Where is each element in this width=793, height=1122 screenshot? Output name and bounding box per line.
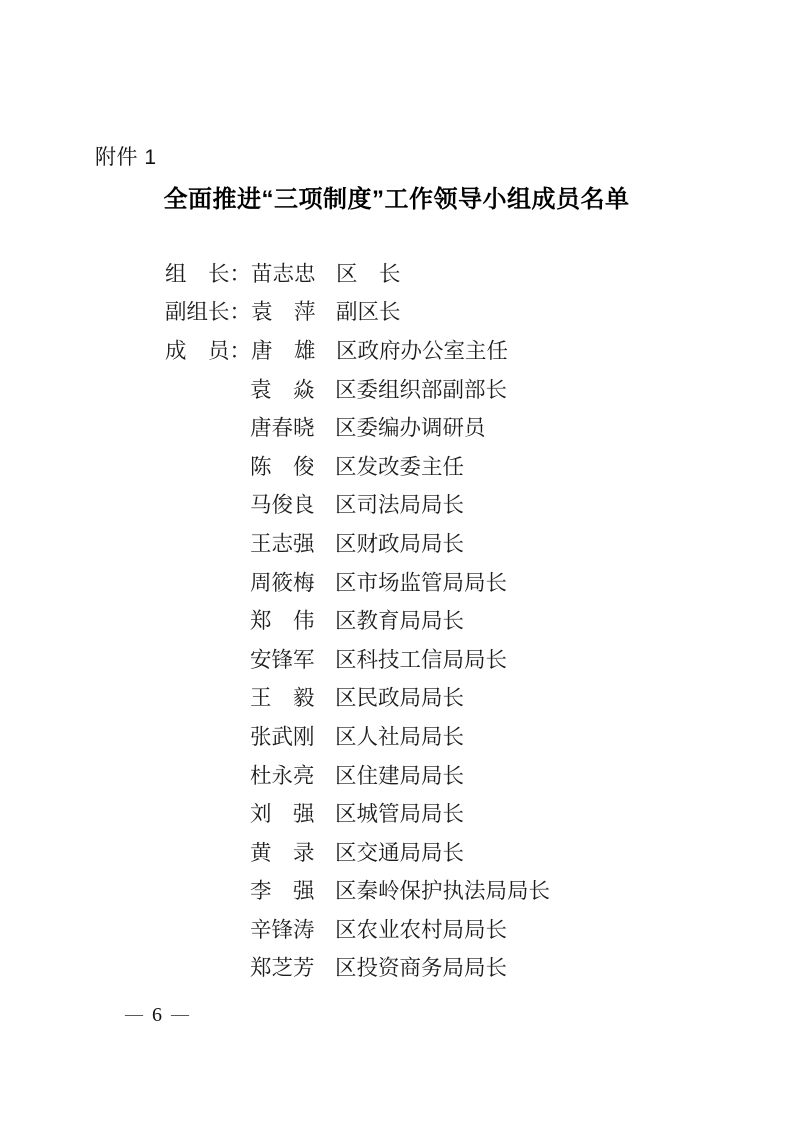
roster-member-title: 区城管局局长 (335, 797, 464, 828)
roster-row: 辛锋涛 区农业农村局局长 (165, 909, 725, 948)
roster-member-title: 区司法局局长 (335, 488, 464, 519)
roster-row: 成 员： 唐 雄 区政府办公室主任 (165, 330, 725, 369)
member-roster: 组 长： 苗志忠 区 长 副组长： 袁 萍 副区长 成 员： 唐 雄 区政府办公… (165, 253, 725, 986)
roster-member-title: 区市场监管局局长 (335, 566, 507, 597)
roster-member-title: 区委组织部副部长 (335, 373, 507, 404)
roster-role-label: 副组长： (165, 295, 251, 326)
roster-row: 马俊良 区司法局局长 (165, 485, 725, 524)
roster-member-title: 区发改委主任 (335, 450, 464, 481)
roster-member-name: 郑芝芳 (250, 951, 335, 982)
roster-member-title: 区民政局局长 (335, 681, 464, 712)
roster-row: 周筱梅 区市场监管局局长 (165, 562, 725, 601)
roster-member-title: 区农业农村局局长 (335, 913, 507, 944)
roster-member-name: 刘 强 (250, 797, 335, 828)
roster-member-title: 区科技工信局局长 (335, 643, 507, 674)
roster-member-title: 区委编办调研员 (335, 411, 486, 442)
roster-row: 唐春晓 区委编办调研员 (165, 407, 725, 446)
roster-member-name: 唐 雄 (251, 334, 336, 365)
roster-member-name: 王志强 (250, 527, 335, 558)
roster-row: 李 强 区秦岭保护执法局局长 (165, 871, 725, 910)
roster-row: 郑芝芳 区投资商务局局长 (165, 948, 725, 987)
roster-row: 王志强 区财政局局长 (165, 523, 725, 562)
page-number-dash-left: — (125, 1004, 143, 1025)
roster-member-name: 周筱梅 (250, 566, 335, 597)
roster-member-title: 区教育局局长 (335, 604, 464, 635)
roster-member-name: 陈 俊 (250, 450, 335, 481)
roster-member-title: 副区长 (336, 295, 401, 326)
page-number: 6 (152, 1004, 162, 1027)
roster-member-name: 黄 录 (250, 836, 335, 867)
roster-row: 刘 强 区城管局局长 (165, 793, 725, 832)
roster-member-name: 郑 伟 (250, 604, 335, 635)
roster-row: 黄 录 区交通局局长 (165, 832, 725, 871)
roster-row: 袁 焱 区委组织部副部长 (165, 369, 725, 408)
roster-row: 杜永亮 区住建局局长 (165, 755, 725, 794)
document-title: 全面推进“三项制度”工作领导小组成员名单 (0, 179, 793, 214)
roster-row: 安锋军 区科技工信局局长 (165, 639, 725, 678)
roster-member-title: 区人社局局长 (335, 720, 464, 751)
roster-member-title: 区财政局局长 (335, 527, 464, 558)
roster-member-name: 唐春晓 (250, 411, 335, 442)
roster-member-title: 区 长 (336, 257, 401, 288)
roster-row: 组 长： 苗志忠 区 长 (165, 253, 725, 292)
roster-member-name: 袁 萍 (251, 295, 336, 326)
document-page: 附件 1 全面推进“三项制度”工作领导小组成员名单 组 长： 苗志忠 区 长 副… (0, 0, 793, 1122)
roster-member-title: 区住建局局长 (335, 759, 464, 790)
attachment-label: 附件 1 (95, 141, 157, 171)
roster-member-name: 杜永亮 (250, 759, 335, 790)
roster-member-name: 辛锋涛 (250, 913, 335, 944)
roster-member-name: 张武刚 (250, 720, 335, 751)
roster-row: 副组长： 袁 萍 副区长 (165, 292, 725, 331)
roster-member-title: 区投资商务局局长 (335, 951, 507, 982)
roster-member-title: 区政府办公室主任 (336, 334, 508, 365)
roster-member-title: 区秦岭保护执法局局长 (335, 874, 550, 905)
roster-row: 陈 俊 区发改委主任 (165, 446, 725, 485)
roster-row: 张武刚 区人社局局长 (165, 716, 725, 755)
roster-member-title: 区交通局局长 (335, 836, 464, 867)
roster-member-name: 李 强 (250, 874, 335, 905)
roster-role-label: 组 长： (165, 257, 251, 288)
roster-member-name: 安锋军 (250, 643, 335, 674)
roster-row: 王 毅 区民政局局长 (165, 678, 725, 717)
roster-role-label: 成 员： (165, 334, 251, 365)
roster-member-name: 马俊良 (250, 488, 335, 519)
roster-member-name: 苗志忠 (251, 257, 336, 288)
roster-member-name: 王 毅 (250, 681, 335, 712)
roster-member-name: 袁 焱 (250, 373, 335, 404)
page-footer: — 6 — (125, 1004, 189, 1027)
roster-row: 郑 伟 区教育局局长 (165, 600, 725, 639)
page-number-dash-right: — (171, 1004, 189, 1025)
